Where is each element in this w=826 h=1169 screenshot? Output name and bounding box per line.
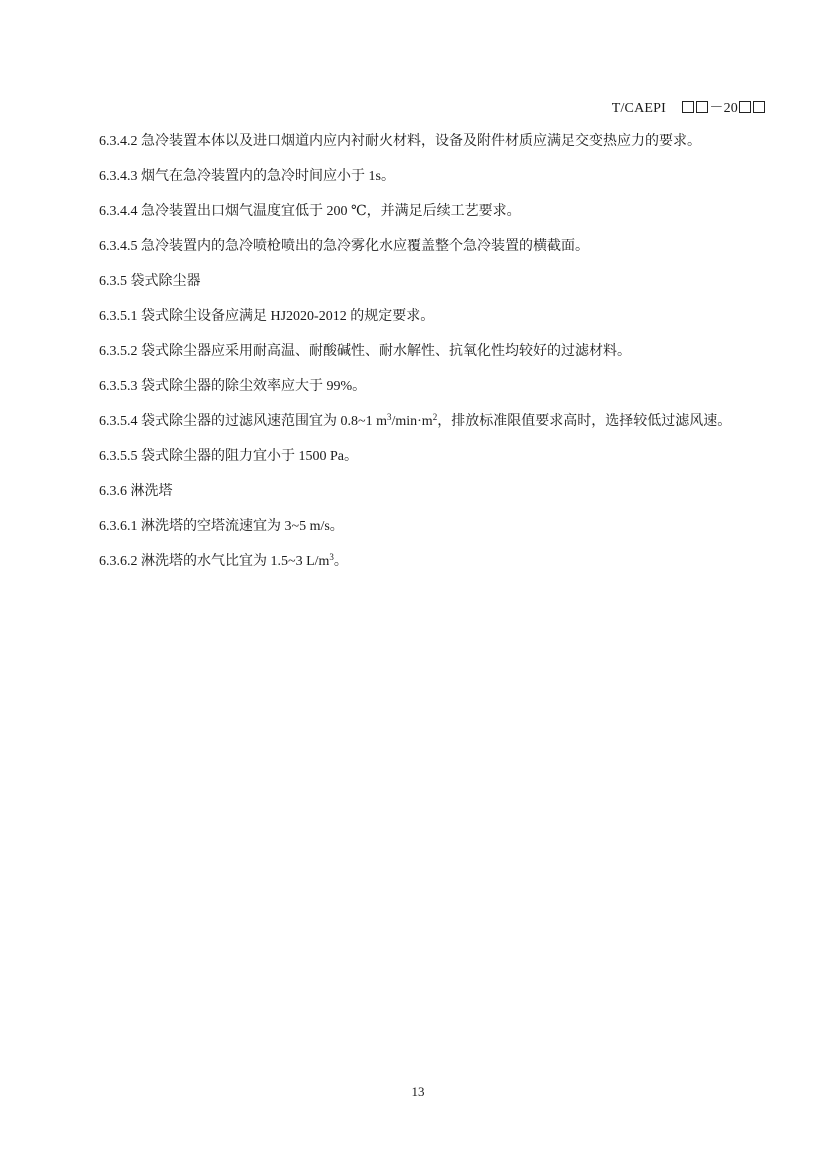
page-number: 13 (0, 1084, 826, 1100)
clause-6-3-4-3: 6.3.4.3 烟气在急冷装置内的急冷时间应小于 1s。 (99, 167, 395, 187)
clause-6-3-5-1: 6.3.5.1 袋式除尘设备应满足 HJ2020-2012 的规定要求。 (99, 307, 434, 327)
clause-text: /min·m (391, 414, 432, 429)
clause-6-3-5-2: 6.3.5.2 袋式除尘器应采用耐高温、耐酸碱性、耐水解性、抗氧化性均较好的过滤… (99, 342, 631, 362)
placeholder-box (739, 101, 751, 113)
clause-6-3-4-5: 6.3.4.5 急冷装置内的急冷喷枪喷出的急冷雾化水应覆盖整个急冷装置的横截面。 (99, 237, 589, 257)
clause-6-3-5-5: 6.3.5.5 袋式除尘器的阻力宜小于 1500 Pa。 (99, 447, 358, 467)
clause-6-3-5-4: 6.3.5.4 袋式除尘器的过滤风速范围宜为 0.8~1 m3/min·m2，排… (99, 412, 731, 432)
section-heading-6-3-5: 6.3.5 袋式除尘器 (99, 272, 201, 292)
standard-code: T/CAEPI (612, 101, 666, 116)
clause-text: 。 (334, 554, 348, 569)
clause-6-3-4-2: 6.3.4.2 急冷装置本体以及进口烟道内应内衬耐火材料，设备及附件材质应满足交… (99, 132, 701, 152)
document-header: T/CAEPI －20 (612, 97, 766, 117)
placeholder-box (696, 101, 708, 113)
year-dash: －20 (709, 101, 738, 116)
clause-6-3-6-2: 6.3.6.2 淋洗塔的水气比宜为 1.5~3 L/m3。 (99, 552, 348, 572)
clause-6-3-4-4: 6.3.4.4 急冷装置出口烟气温度宜低于 200 ℃，并满足后续工艺要求。 (99, 202, 521, 222)
placeholder-box (753, 101, 765, 113)
placeholder-box (682, 101, 694, 113)
clause-text: 6.3.6.2 淋洗塔的水气比宜为 1.5~3 L/m (99, 554, 329, 569)
section-heading-6-3-6: 6.3.6 淋洗塔 (99, 482, 173, 502)
clause-text: ，排放标准限值要求高时，选择较低过滤风速。 (437, 414, 731, 429)
clause-text: 6.3.5.4 袋式除尘器的过滤风速范围宜为 0.8~1 m (99, 414, 387, 429)
clause-6-3-5-3: 6.3.5.3 袋式除尘器的除尘效率应大于 99%。 (99, 377, 366, 397)
clause-6-3-6-1: 6.3.6.1 淋洗塔的空塔流速宜为 3~5 m/s。 (99, 517, 344, 537)
